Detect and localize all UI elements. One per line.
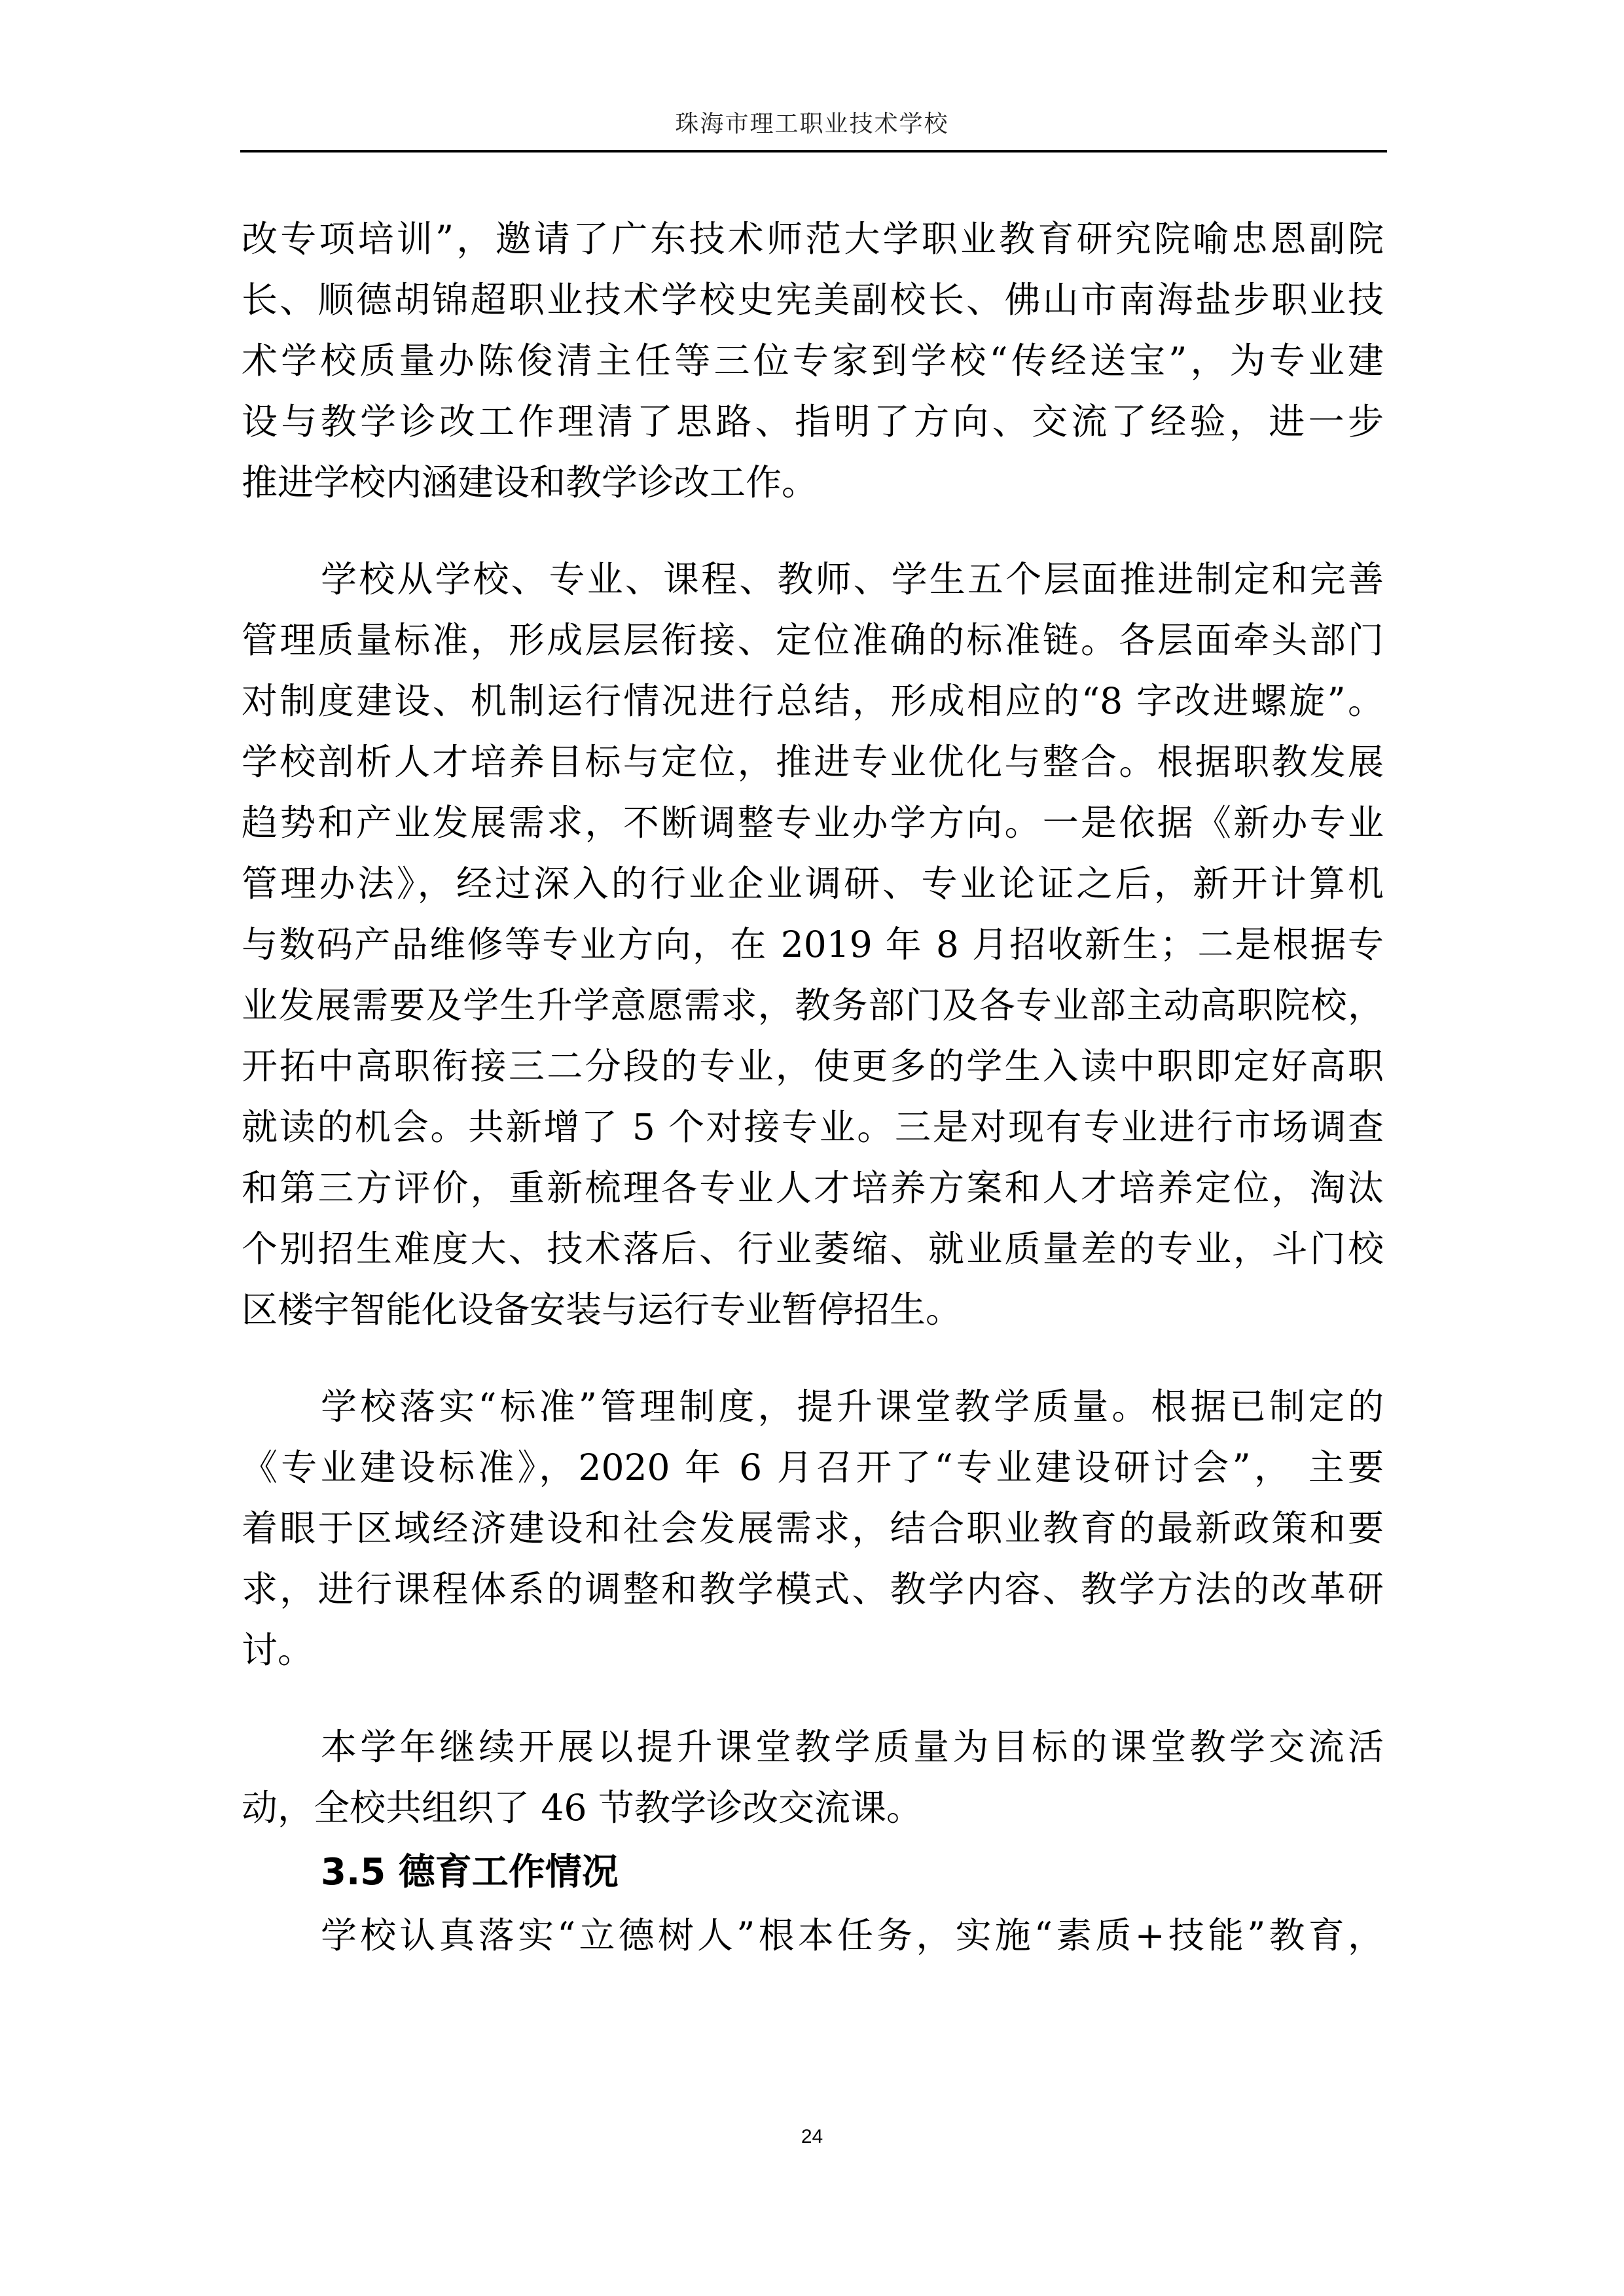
paragraph-2-line-11: 和第三方评价，重新梳理各专业人才培养方案和人才培养定位，淘汰 bbox=[242, 1165, 1384, 1211]
paragraph-3-line-1: 学校落实“标准”管理制度，提升课堂教学质量。根据已制定的 bbox=[321, 1384, 1384, 1429]
paragraph-3-line-5: 讨。 bbox=[242, 1627, 1384, 1673]
section-paragraph-line-1: 学校认真落实“立德树人”根本任务，实施“素质+技能”教育， bbox=[321, 1912, 1384, 1958]
paragraph-3-line-3: 着眼于区域经济建设和社会发展需求，结合职业教育的最新政策和要 bbox=[242, 1505, 1384, 1551]
paragraph-2-line-6: 管理办法》，经过深入的行业企业调研、专业论证之后，新开计算机 bbox=[242, 861, 1384, 906]
paragraph-1-line-3: 术学校质量办陈俊清主任等三位专家到学校“传经送宝”，为专业建 bbox=[242, 338, 1384, 384]
page-number: 24 bbox=[0, 2124, 1624, 2150]
paragraph-2-line-7: 与数码产品维修等专业方向，在 2019 年 8 月招收新生；二是根据专 bbox=[242, 922, 1384, 967]
paragraph-2-line-2: 管理质量标准，形成层层衔接、定位准确的标准链。各层面牵头部门 bbox=[242, 617, 1384, 663]
paragraph-1-line-5: 推进学校内涵建设和教学诊改工作。 bbox=[242, 459, 1384, 505]
header-divider bbox=[240, 150, 1387, 152]
paragraph-2-line-1: 学校从学校、专业、课程、教师、学生五个层面推进制定和完善 bbox=[321, 556, 1384, 602]
paragraph-1-line-2: 长、顺德胡锦超职业技术学校史宪美副校长、佛山市南海盐步职业技 bbox=[242, 277, 1384, 323]
paragraph-2-line-3: 对制度建设、机制运行情况进行总结，形成相应的“8 字改进螺旋”。 bbox=[242, 678, 1384, 724]
paragraph-1-line-1: 改专项培训”，邀请了广东技术师范大学职业教育研究院喻忠恩副院 bbox=[242, 216, 1384, 262]
paragraph-2-line-9: 开拓中高职衔接三二分段的专业，使更多的学生入读中职即定好高职 bbox=[242, 1043, 1384, 1089]
paragraph-4-line-1: 本学年继续开展以提升课堂教学质量为目标的课堂教学交流活 bbox=[321, 1724, 1384, 1770]
paragraph-2-line-8: 业发展需要及学生升学意愿需求，教务部门及各专业部主动高职院校， bbox=[242, 982, 1384, 1028]
paragraph-3-line-4: 求，进行课程体系的调整和教学模式、教学内容、教学方法的改革研 bbox=[242, 1566, 1384, 1612]
paragraph-2-line-10: 就读的机会。共新增了 5 个对接专业。三是对现有专业进行市场调查 bbox=[242, 1104, 1384, 1150]
paragraph-3-line-2: 《专业建设标准》，2020 年 6 月召开了“专业建设研讨会”， 主要 bbox=[242, 1444, 1384, 1490]
paragraph-2-line-4: 学校剖析人才培养目标与定位，推进专业优化与整合。根据职教发展 bbox=[242, 739, 1384, 785]
paragraph-2-line-13: 区楼宇智能化设备安装与运行专业暂停招生。 bbox=[242, 1287, 1384, 1333]
paragraph-2-line-5: 趋势和产业发展需求，不断调整专业办学方向。一是依据《新办专业 bbox=[242, 800, 1384, 846]
paragraph-4-line-2: 动，全校共组织了 46 节教学诊改交流课。 bbox=[242, 1785, 1384, 1831]
paragraph-2-line-12: 个别招生难度大、技术落后、行业萎缩、就业质量差的专业，斗门校 bbox=[242, 1226, 1384, 1272]
page-header-title: 珠海市理工职业技术学校 bbox=[0, 108, 1624, 141]
paragraph-1-line-4: 设与教学诊改工作理清了思路、指明了方向、交流了经验，进一步 bbox=[242, 399, 1384, 444]
section-heading: 3.5 德育工作情况 bbox=[321, 1850, 619, 1895]
